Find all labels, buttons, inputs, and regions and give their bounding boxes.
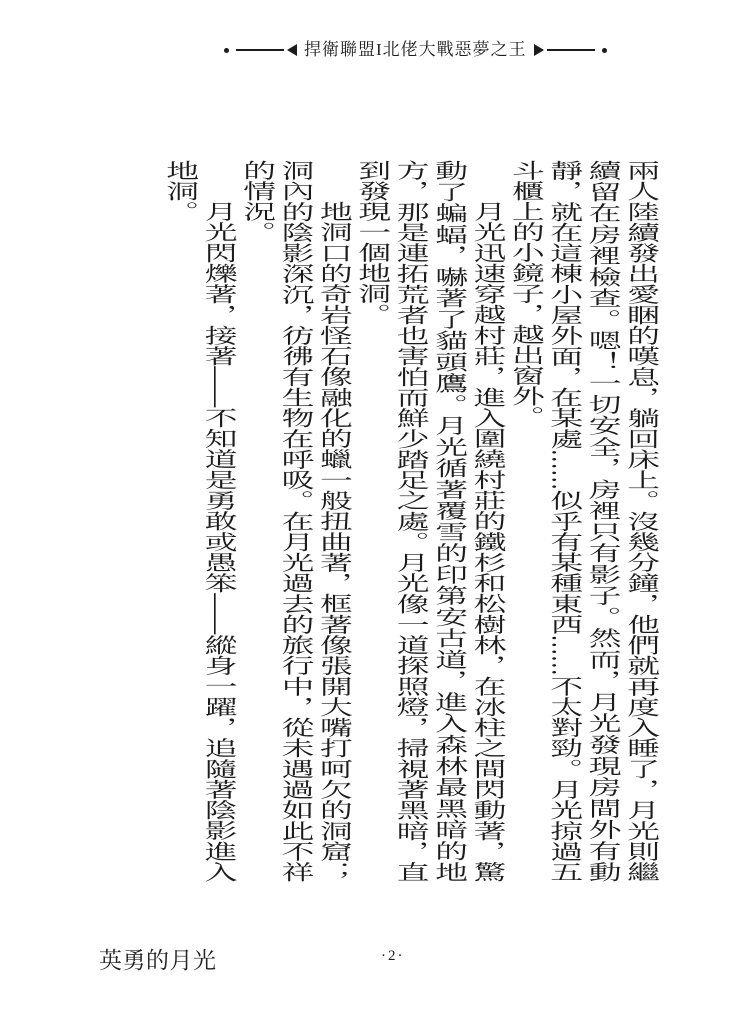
paragraph: 地洞口的奇岩怪石像融化的蠟一般扭曲著，框著像張開大嘴打呵欠的洞窟；洞內的陰影深沉… <box>236 160 351 882</box>
book-title: 捍衛聯盟I北佬大戰惡夢之王 <box>304 41 527 60</box>
book-page: 捍衛聯盟I北佬大戰惡夢之王 兩人陸續發出愛睏的嘆息，躺回床上。沒幾分鐘，他們就再… <box>0 0 750 1020</box>
header-ornament-right-arrow-icon <box>534 44 544 56</box>
paragraph: 月光閃爍著，接著——不知道是勇敢或愚笨——縱身一躍，追隨著陰影進入地洞。 <box>159 160 236 882</box>
header-ornament-right-dot-icon <box>602 48 607 53</box>
header-ornament-left-line <box>236 49 284 51</box>
chapter-title: 英勇的月光 <box>99 942 217 975</box>
header-ornament-left-dot-icon <box>224 48 229 53</box>
header-ornament-left-arrow-icon <box>287 44 297 56</box>
running-header: 捍衛聯盟I北佬大戰惡夢之王 <box>224 38 607 62</box>
page-number: ·2· <box>381 948 405 965</box>
header-ornament-right-line <box>547 49 595 51</box>
paragraph: 兩人陸續發出愛睏的嘆息，躺回床上。沒幾分鐘，他們就再度入睡了，月光則繼續留在房裡… <box>504 160 658 882</box>
paragraph: 月光迅速穿越村莊，進入圍繞村莊的鐵杉和松樹林，在冰柱之間閃動著，驚動了蝙蝠，嚇著… <box>351 160 505 882</box>
body-text: 兩人陸續發出愛睏的嘆息，躺回床上。沒幾分鐘，他們就再度入睡了，月光則繼續留在房裡… <box>159 160 658 882</box>
